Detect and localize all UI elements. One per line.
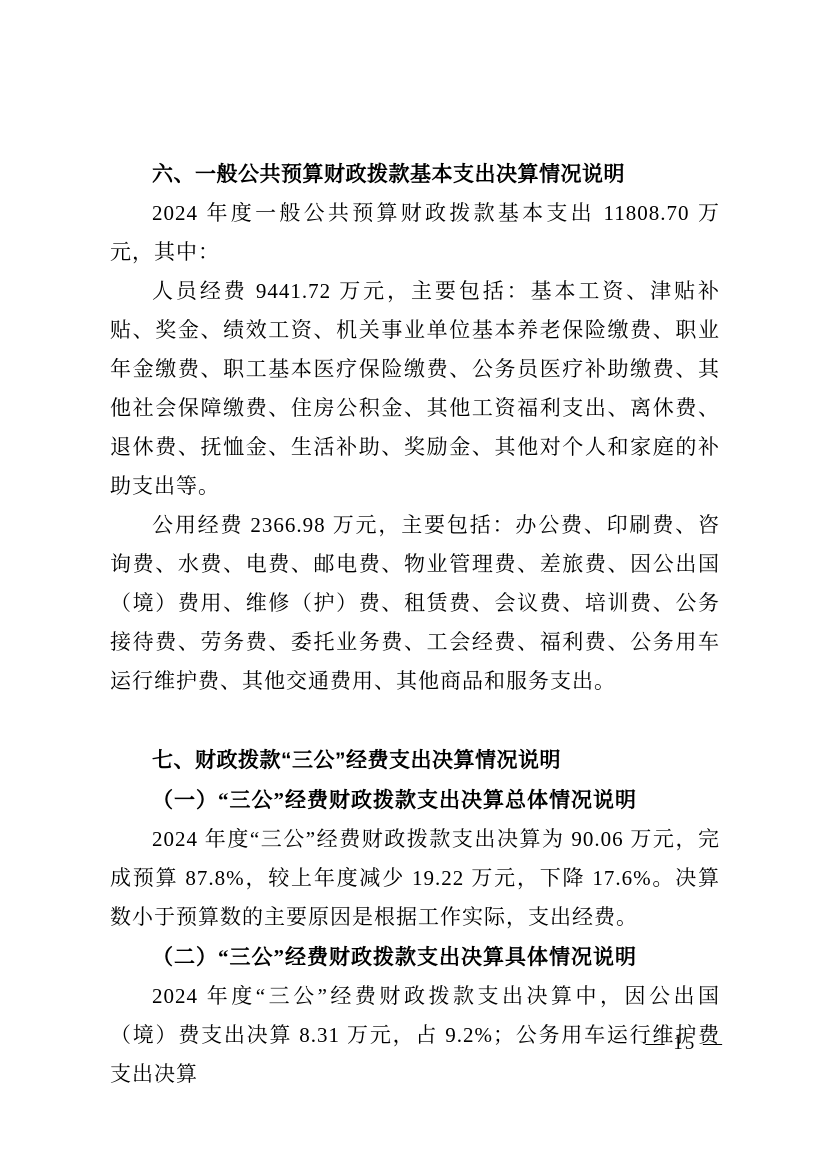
section-7-heading: 七、财政拨款“三公”经费支出决算情况说明 [110,741,720,780]
subsection-2-heading: （二）“三公”经费财政拨款支出决算具体情况说明 [110,937,720,977]
paragraph-three-public-overall: 2024 年度“三公”经费财政拨款支出决算为 90.06 万元，完成预算 87.… [110,820,720,937]
paragraph-personnel-funds: 人员经费 9441.72 万元，主要包括：基本工资、津贴补贴、奖金、绩效工资、机… [110,272,720,506]
paragraph-three-public-detail: 2024 年度“三公”经费财政拨款支出决算中，因公出国（境）费支出决算 8.31… [110,977,720,1094]
document-page: 六、一般公共预算财政拨款基本支出决算情况说明 2024 年度一般公共预算财政拨款… [0,0,826,1169]
subsection-1-heading: （一）“三公”经费财政拨款支出决算总体情况说明 [110,780,720,820]
page-number: — 15 — [646,1030,725,1058]
paragraph-public-funds: 公用经费 2366.98 万元，主要包括：办公费、印刷费、咨询费、水费、电费、邮… [110,506,720,701]
section-three-public-funds: 七、财政拨款“三公”经费支出决算情况说明 （一）“三公”经费财政拨款支出决算总体… [110,741,720,1094]
paragraph-total-basic-expenditure: 2024 年度一般公共预算财政拨款基本支出 11808.70 万元，其中： [110,194,720,272]
section-basic-expenditure: 六、一般公共预算财政拨款基本支出决算情况说明 2024 年度一般公共预算财政拨款… [110,155,720,701]
section-6-heading: 六、一般公共预算财政拨款基本支出决算情况说明 [110,155,720,194]
